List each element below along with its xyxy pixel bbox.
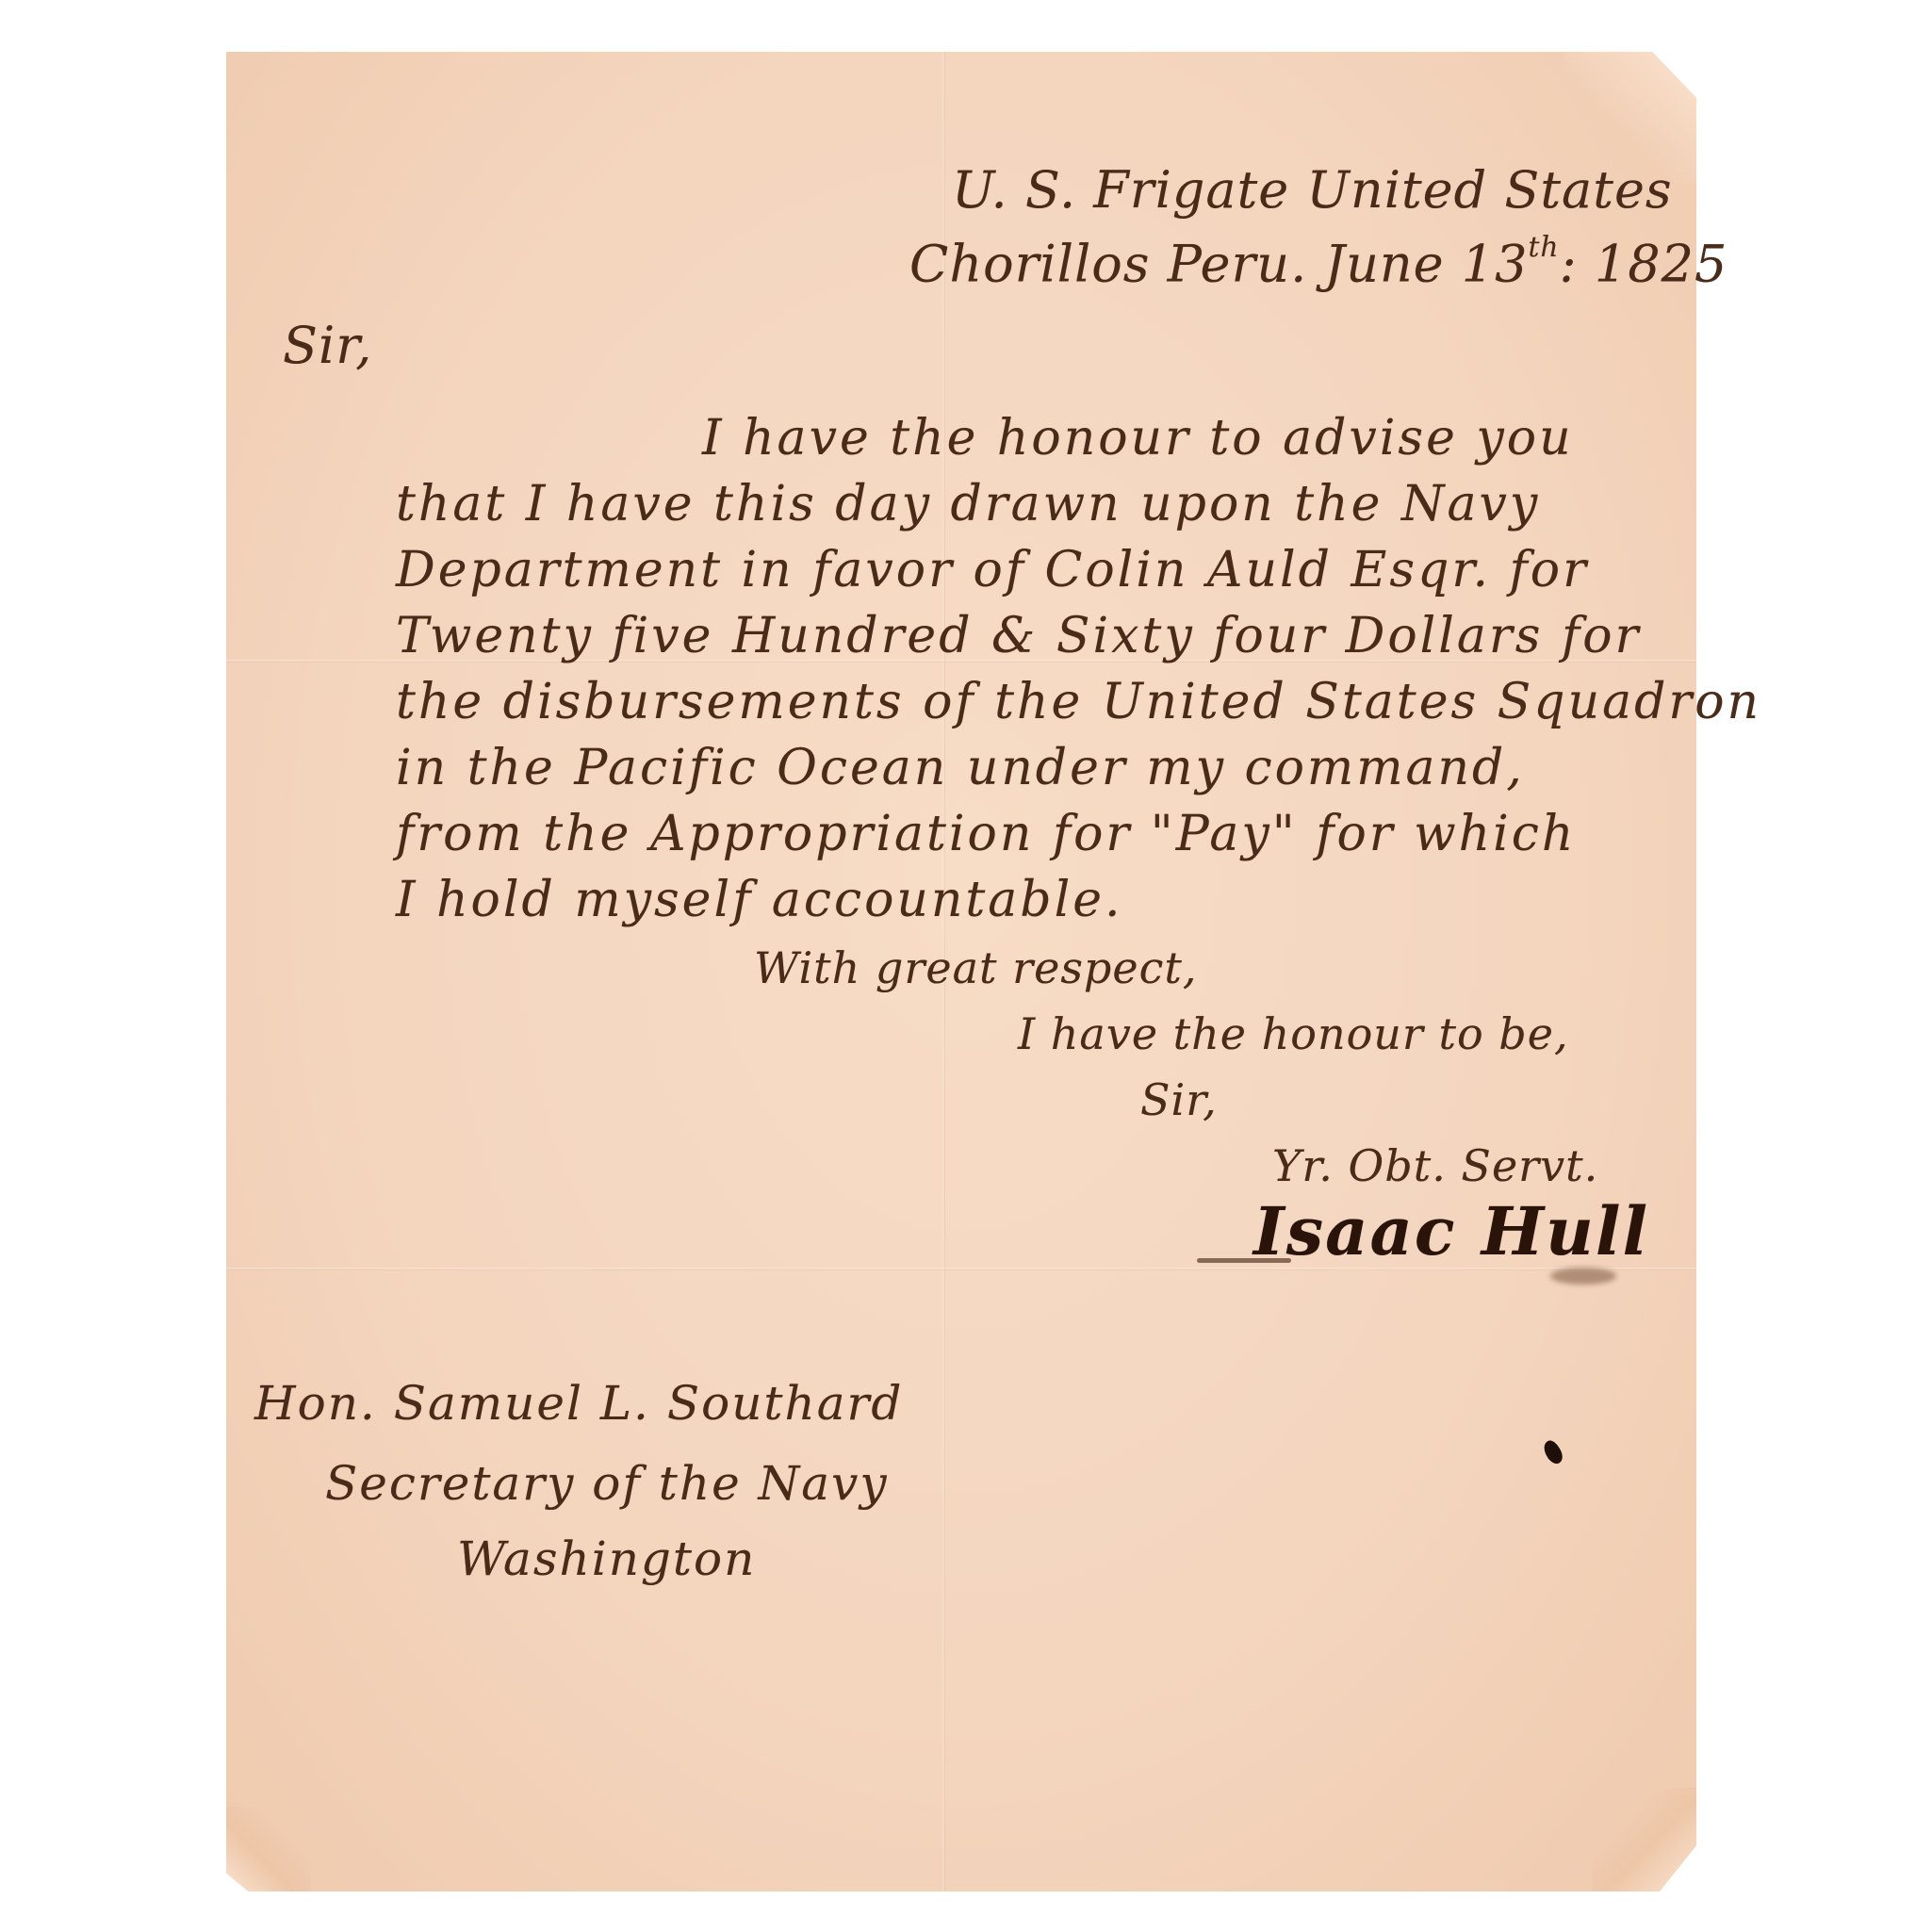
body-line: I have the honour to advise you — [702, 410, 1574, 467]
addressee-name: Hon. Samuel L. Southard — [254, 1376, 903, 1431]
closing-line: Yr. Obt. Servt. — [1272, 1140, 1598, 1191]
paper-corner-bottom-left — [226, 1807, 311, 1891]
salutation: Sir, — [283, 316, 372, 375]
heading-year: : 1825 — [1560, 235, 1728, 294]
body-line: from the Appropriation for "Pay" for whi… — [396, 806, 1576, 862]
closing-line: With great respect, — [754, 942, 1197, 993]
signature: Isaac Hull — [1253, 1192, 1649, 1270]
body-line: I hold myself accountable. — [396, 872, 1123, 928]
body-line: Department in favor of Colin Auld Esqr. … — [396, 542, 1589, 598]
body-line: the disbursements of the United States S… — [396, 674, 1761, 730]
body-line: in the Pacific Ocean under my command, — [396, 740, 1525, 796]
heading-date-suffix: th — [1528, 231, 1559, 264]
heading-place: Chorillos Peru. — [909, 235, 1307, 294]
addressee-title: Secretary of the Navy — [325, 1456, 889, 1511]
heading-date: June 13 — [1324, 235, 1528, 294]
heading-place-date: Chorillos Peru. June 13th: 1825 — [909, 231, 1727, 294]
closing-line: I have the honour to be, — [1018, 1008, 1569, 1059]
body-line: that I have this day drawn upon the Navy — [396, 476, 1540, 532]
heading-ship: U. S. Frigate United States — [952, 160, 1673, 220]
ink-smudge — [1550, 1268, 1616, 1285]
signature-underline — [1197, 1258, 1291, 1263]
addressee-location: Washington — [457, 1531, 756, 1586]
body-line: Twenty five Hundred & Sixty four Dollars… — [396, 608, 1641, 664]
closing-line: Sir, — [1140, 1074, 1218, 1125]
paper-corner-bottom-right — [1593, 1788, 1696, 1891]
